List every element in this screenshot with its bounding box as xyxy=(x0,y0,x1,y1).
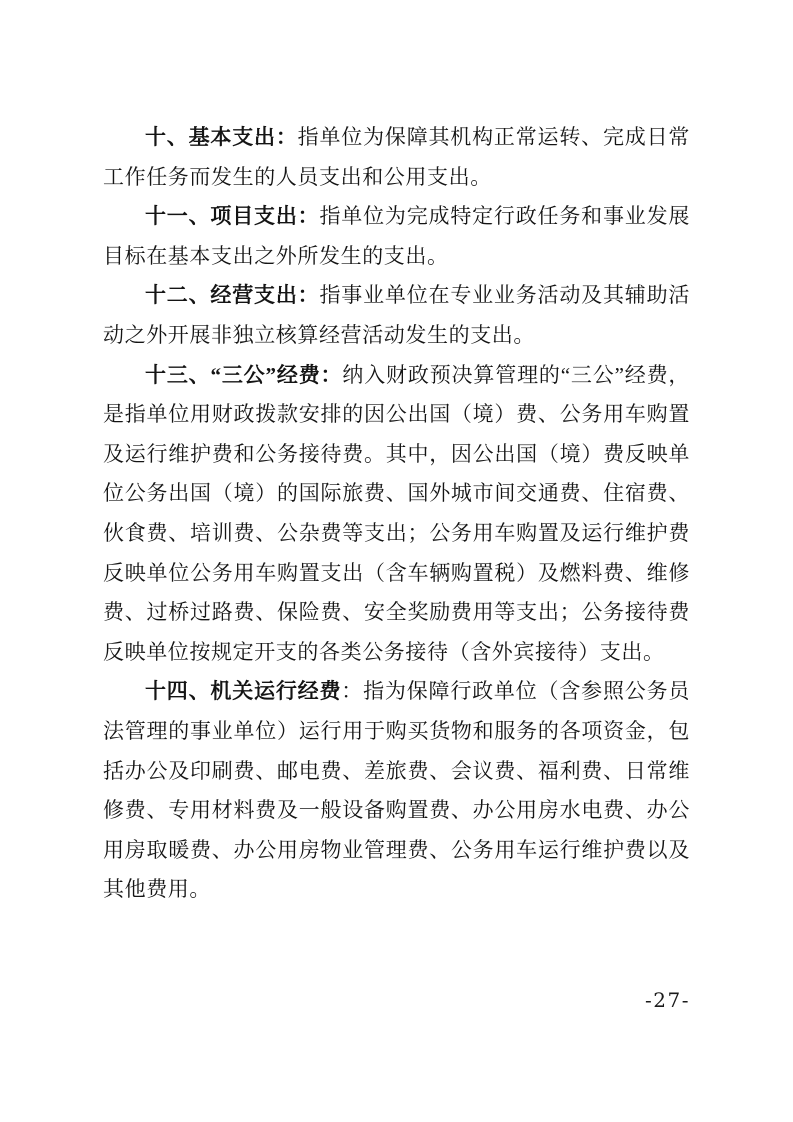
document-page: 十、基本支出：指单位为保障其机构正常运转、完成日常工作任务而发生的人员支出和公用… xyxy=(0,0,793,1122)
paragraph-body: ：指为保障行政单位（含参照公务员法管理的事业单位）运行用于购买货物和服务的各项资… xyxy=(103,679,690,901)
page-number: -27- xyxy=(645,988,690,1012)
paragraph: 十、基本支出：指单位为保障其机构正常运转、完成日常工作任务而发生的人员支出和公用… xyxy=(103,118,690,197)
paragraph-body: 纳入财政预决算管理的“三公”经费，是指单位用财政拨款安排的因公出国（境）费、公务… xyxy=(103,363,690,664)
paragraph-heading: 十二、经营支出： xyxy=(145,283,319,307)
paragraph: 十四、机关运行经费：指为保障行政单位（含参照公务员法管理的事业单位）运行用于购买… xyxy=(103,672,690,910)
document-body: 十、基本支出：指单位为保障其机构正常运转、完成日常工作任务而发生的人员支出和公用… xyxy=(103,118,690,910)
paragraph: 十三、“三公”经费：纳入财政预决算管理的“三公”经费，是指单位用财政拨款安排的因… xyxy=(103,356,690,673)
paragraph: 十一、项目支出：指单位为完成特定行政任务和事业发展目标在基本支出之外所发生的支出… xyxy=(103,197,690,276)
paragraph-heading: 十三、“三公”经费： xyxy=(145,363,342,387)
paragraph-heading: 十、基本支出： xyxy=(145,125,298,149)
paragraph: 十二、经营支出：指事业单位在专业业务活动及其辅助活动之外开展非独立核算经营活动发… xyxy=(103,276,690,355)
paragraph-heading: 十一、项目支出： xyxy=(145,204,319,228)
paragraph-heading: 十四、机关运行经费 xyxy=(145,679,341,703)
